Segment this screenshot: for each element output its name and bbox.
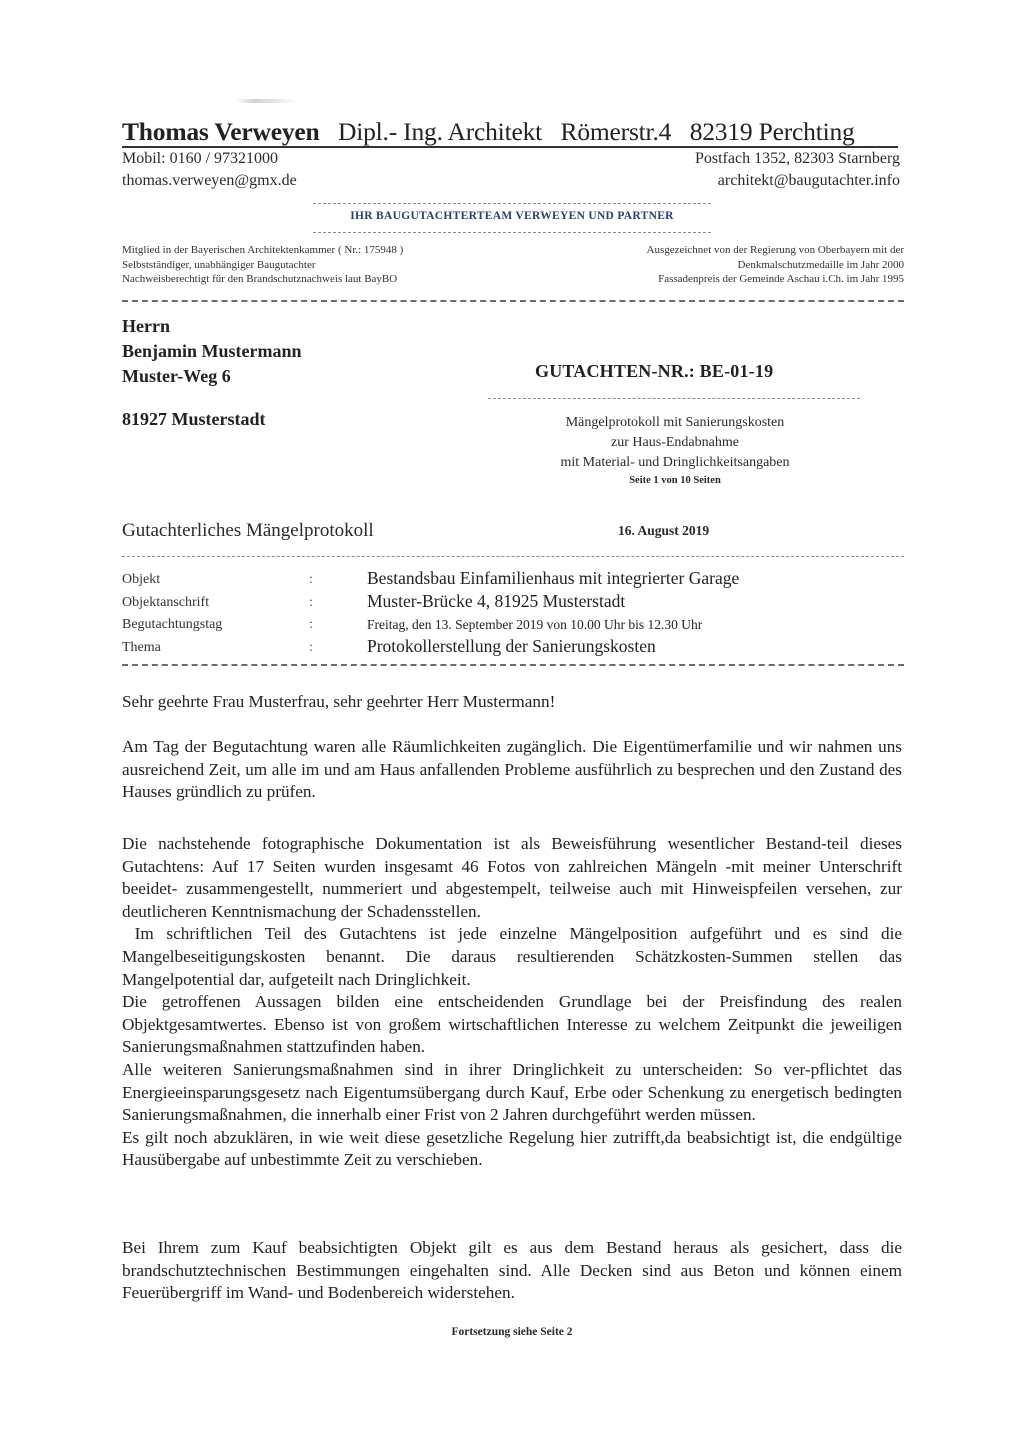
credential-line: Selbstständiger, unabhängiger Baugutacht… xyxy=(122,258,403,273)
mobile-number: Mobil: 0160 / 97321000 xyxy=(122,150,278,168)
document-page: Thomas Verweyen Dipl.- Ing. Architekt Rö… xyxy=(0,0,1024,1446)
scan-smudge xyxy=(236,99,296,103)
award-line: Denkmalschutzmedaille im Jahr 2000 xyxy=(647,258,905,273)
fire-safety-paragraph: Bei Ihrem zum Kauf beabsichtigten Objekt… xyxy=(122,1237,902,1305)
info-row: Begutachtungstag : Freitag, den 13. Sept… xyxy=(122,613,902,636)
divider xyxy=(122,664,904,666)
award-line: Fassadenpreis der Gemeinde Aschau i.Ch. … xyxy=(647,272,905,287)
recipient-address: Herrn Benjamin Mustermann Muster-Weg 6 xyxy=(122,314,302,389)
info-value: Protokollerstellung der Sanierungskosten xyxy=(367,636,656,657)
divider xyxy=(313,203,711,204)
info-label: Thema xyxy=(122,640,161,656)
author-title: Dipl.- Ing. Architekt xyxy=(338,117,542,146)
recipient-street: Muster-Weg 6 xyxy=(122,364,302,389)
greeting-text: Sehr geehrte Frau Musterfrau, sehr geehr… xyxy=(122,691,902,714)
recipient-salutation: Herrn xyxy=(122,314,302,339)
info-colon: : xyxy=(309,617,313,633)
credentials-right: Ausgezeichnet von der Regierung von Ober… xyxy=(647,243,905,287)
info-value: Bestandsbau Einfamilienhaus mit integrie… xyxy=(367,568,739,589)
info-colon: : xyxy=(309,640,313,656)
letterhead-title: Thomas Verweyen Dipl.- Ing. Architekt Rö… xyxy=(122,117,855,147)
credentials-left: Mitglied in der Bayerischen Architektenk… xyxy=(122,243,403,287)
divider xyxy=(122,556,904,557)
paragraph-text: Am Tag der Begutachtung waren alle Räuml… xyxy=(122,736,902,804)
divider xyxy=(313,232,711,233)
info-row: Thema : Protokollerstellung der Sanierun… xyxy=(122,636,902,659)
team-banner: IHR BAUGUTACHTERTEAM VERWEYEN UND PARTNE… xyxy=(313,210,711,222)
recipient-name: Benjamin Mustermann xyxy=(122,339,302,364)
info-value: Muster-Brücke 4, 81925 Musterstadt xyxy=(367,591,625,612)
credential-line: Nachweisberechtigt für den Brandschutzna… xyxy=(122,272,403,287)
divider xyxy=(488,398,860,399)
object-info-table: Objekt : Bestandsbau Einfamilienhaus mit… xyxy=(122,568,902,658)
paragraph-text: Im schriftlichen Teil des Gutachtens ist… xyxy=(122,923,902,991)
documentation-paragraphs: Die nachstehende fotographische Dokument… xyxy=(122,833,902,1172)
author-name: Thomas Verweyen xyxy=(122,117,319,146)
description-line: mit Material- und Dringlichkeitsangaben xyxy=(500,453,850,473)
letterhead-underline xyxy=(122,146,898,148)
author-city: 82319 Perchting xyxy=(690,117,855,146)
report-description: Mängelprotokoll mit Sanierungskosten zur… xyxy=(500,413,850,473)
document-date: 16. August 2019 xyxy=(618,523,709,539)
recipient-city: 81927 Musterstadt xyxy=(122,409,265,430)
greeting: Sehr geehrte Frau Musterfrau, sehr geehr… xyxy=(122,691,902,714)
award-line: Ausgezeichnet von der Regierung von Ober… xyxy=(647,243,905,258)
divider xyxy=(122,300,904,302)
info-row: Objektanschrift : Muster-Brücke 4, 81925… xyxy=(122,591,902,614)
paragraph-text: Bei Ihrem zum Kauf beabsichtigten Objekt… xyxy=(122,1237,902,1305)
info-row: Objekt : Bestandsbau Einfamilienhaus mit… xyxy=(122,568,902,591)
paragraph-text: Alle weiteren Sanierungsmaßnahmen sind i… xyxy=(122,1059,902,1127)
info-colon: : xyxy=(309,595,313,611)
description-line: Mängelprotokoll mit Sanierungskosten xyxy=(500,413,850,433)
continuation-note: Fortsetzung siehe Seite 2 xyxy=(0,1326,1024,1338)
paragraph-text: Es gilt noch abzuklären, in wie weit die… xyxy=(122,1127,902,1172)
document-title: Gutachterliches Mängelprotokoll xyxy=(122,520,374,542)
author-email: thomas.verweyen@gmx.de xyxy=(122,172,297,190)
info-label: Objekt xyxy=(122,572,160,588)
description-line: zur Haus-Endabnahme xyxy=(500,433,850,453)
intro-paragraph: Am Tag der Begutachtung waren alle Räuml… xyxy=(122,736,902,804)
report-number: GUTACHTEN-NR.: BE-01-19 xyxy=(535,361,773,382)
postbox-address: Postfach 1352, 82303 Starnberg xyxy=(695,150,900,168)
page-indicator: Seite 1 von 10 Seiten xyxy=(500,475,850,486)
info-label: Begutachtungstag xyxy=(122,617,222,633)
author-street: Römerstr.4 xyxy=(561,117,672,146)
info-value: Freitag, den 13. September 2019 von 10.0… xyxy=(367,617,702,633)
web-email: architekt@baugutachter.info xyxy=(718,172,900,190)
paragraph-text: Die getroffenen Aussagen bilden eine ent… xyxy=(122,991,902,1059)
credential-line: Mitglied in der Bayerischen Architektenk… xyxy=(122,243,403,258)
paragraph-text: Die nachstehende fotographische Dokument… xyxy=(122,833,902,923)
info-label: Objektanschrift xyxy=(122,595,209,611)
info-colon: : xyxy=(309,572,313,588)
